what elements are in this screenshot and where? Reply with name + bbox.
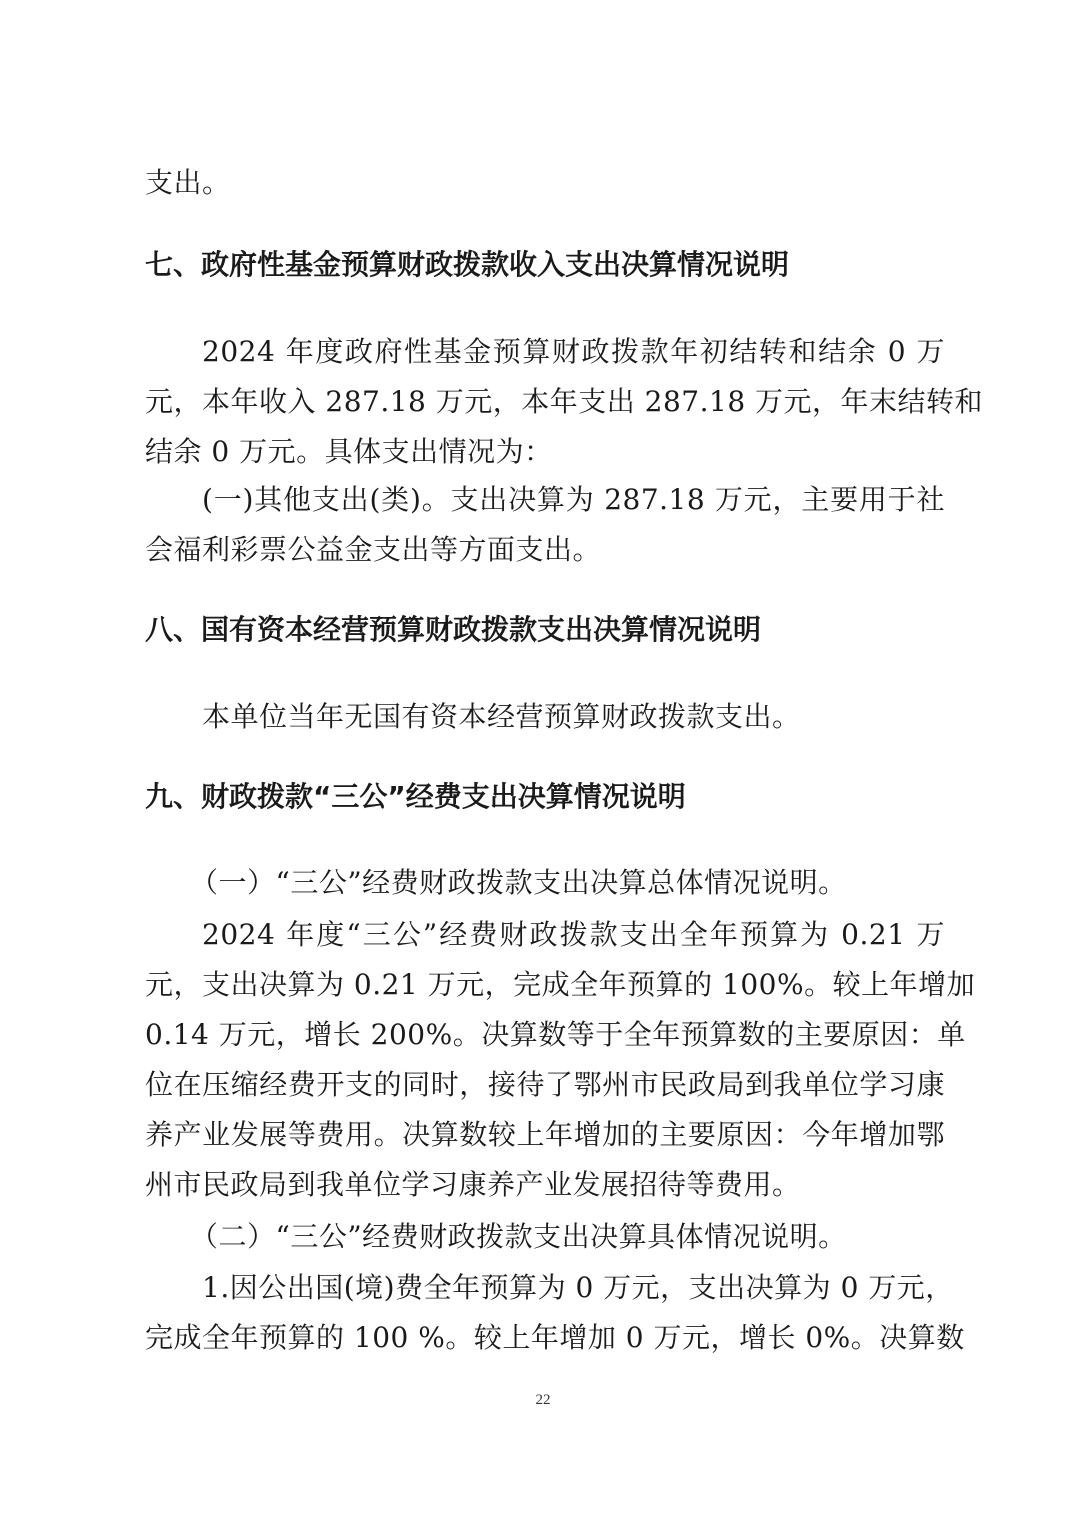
paragraph-line: 会福利彩票公益金支出等方面支出。	[145, 532, 945, 568]
paragraph-line: 2024 年度政府性基金预算财政拨款年初结转和结余 0 万	[202, 334, 945, 370]
paragraph-line: 结余 0 万元。具体支出情况为：	[145, 434, 945, 470]
section-heading-8: 八、国有资本经营预算财政拨款支出决算情况说明	[145, 612, 945, 648]
paragraph-line: 完成全年预算的 100 %。较上年增加 0 万元，增长 0%。决算数	[145, 1320, 945, 1356]
paragraph-line: (一)其他支出(类)。支出决算为 287.18 万元，主要用于社	[202, 482, 945, 518]
paragraph-line: 本单位当年无国有资本经营预算财政拨款支出。	[202, 699, 945, 735]
paragraph-line: 2024 年度“三公”经费财政拨款支出全年预算为 0.21 万	[202, 917, 945, 953]
paragraph-line: 州市民政局到我单位学习康养产业发展招待等费用。	[145, 1167, 945, 1203]
paragraph-line: 元，本年收入 287.18 万元，本年支出 287.18 万元，年末结转和	[145, 384, 945, 420]
subsection-heading: （二）“三公”经费财政拨款支出决算具体情况说明。	[190, 1219, 945, 1255]
paragraph-line: 元，支出决算为 0.21 万元，完成全年预算的 100%。较上年增加	[145, 967, 945, 1003]
section-heading-9: 九、财政拨款“三公”经费支出决算情况说明	[145, 779, 945, 815]
paragraph-line: 1.因公出国(境)费全年预算为 0 万元，支出决算为 0 万元，	[202, 1270, 945, 1306]
section-heading-7: 七、政府性基金预算财政拨款收入支出决算情况说明	[145, 247, 945, 283]
paragraph-line: 0.14 万元，增长 200%。决算数等于全年预算数的主要原因：单	[145, 1017, 945, 1053]
paragraph-line: 位在压缩经费开支的同时，接待了鄂州市民政局到我单位学习康	[145, 1067, 945, 1103]
paragraph-line: 支出。	[145, 165, 945, 201]
paragraph-line: 养产业发展等费用。决算数较上年增加的主要原因：今年增加鄂	[145, 1117, 945, 1153]
page-number: 22	[0, 1392, 1074, 1409]
subsection-heading: （一）“三公”经费财政拨款支出决算总体情况说明。	[190, 865, 945, 901]
